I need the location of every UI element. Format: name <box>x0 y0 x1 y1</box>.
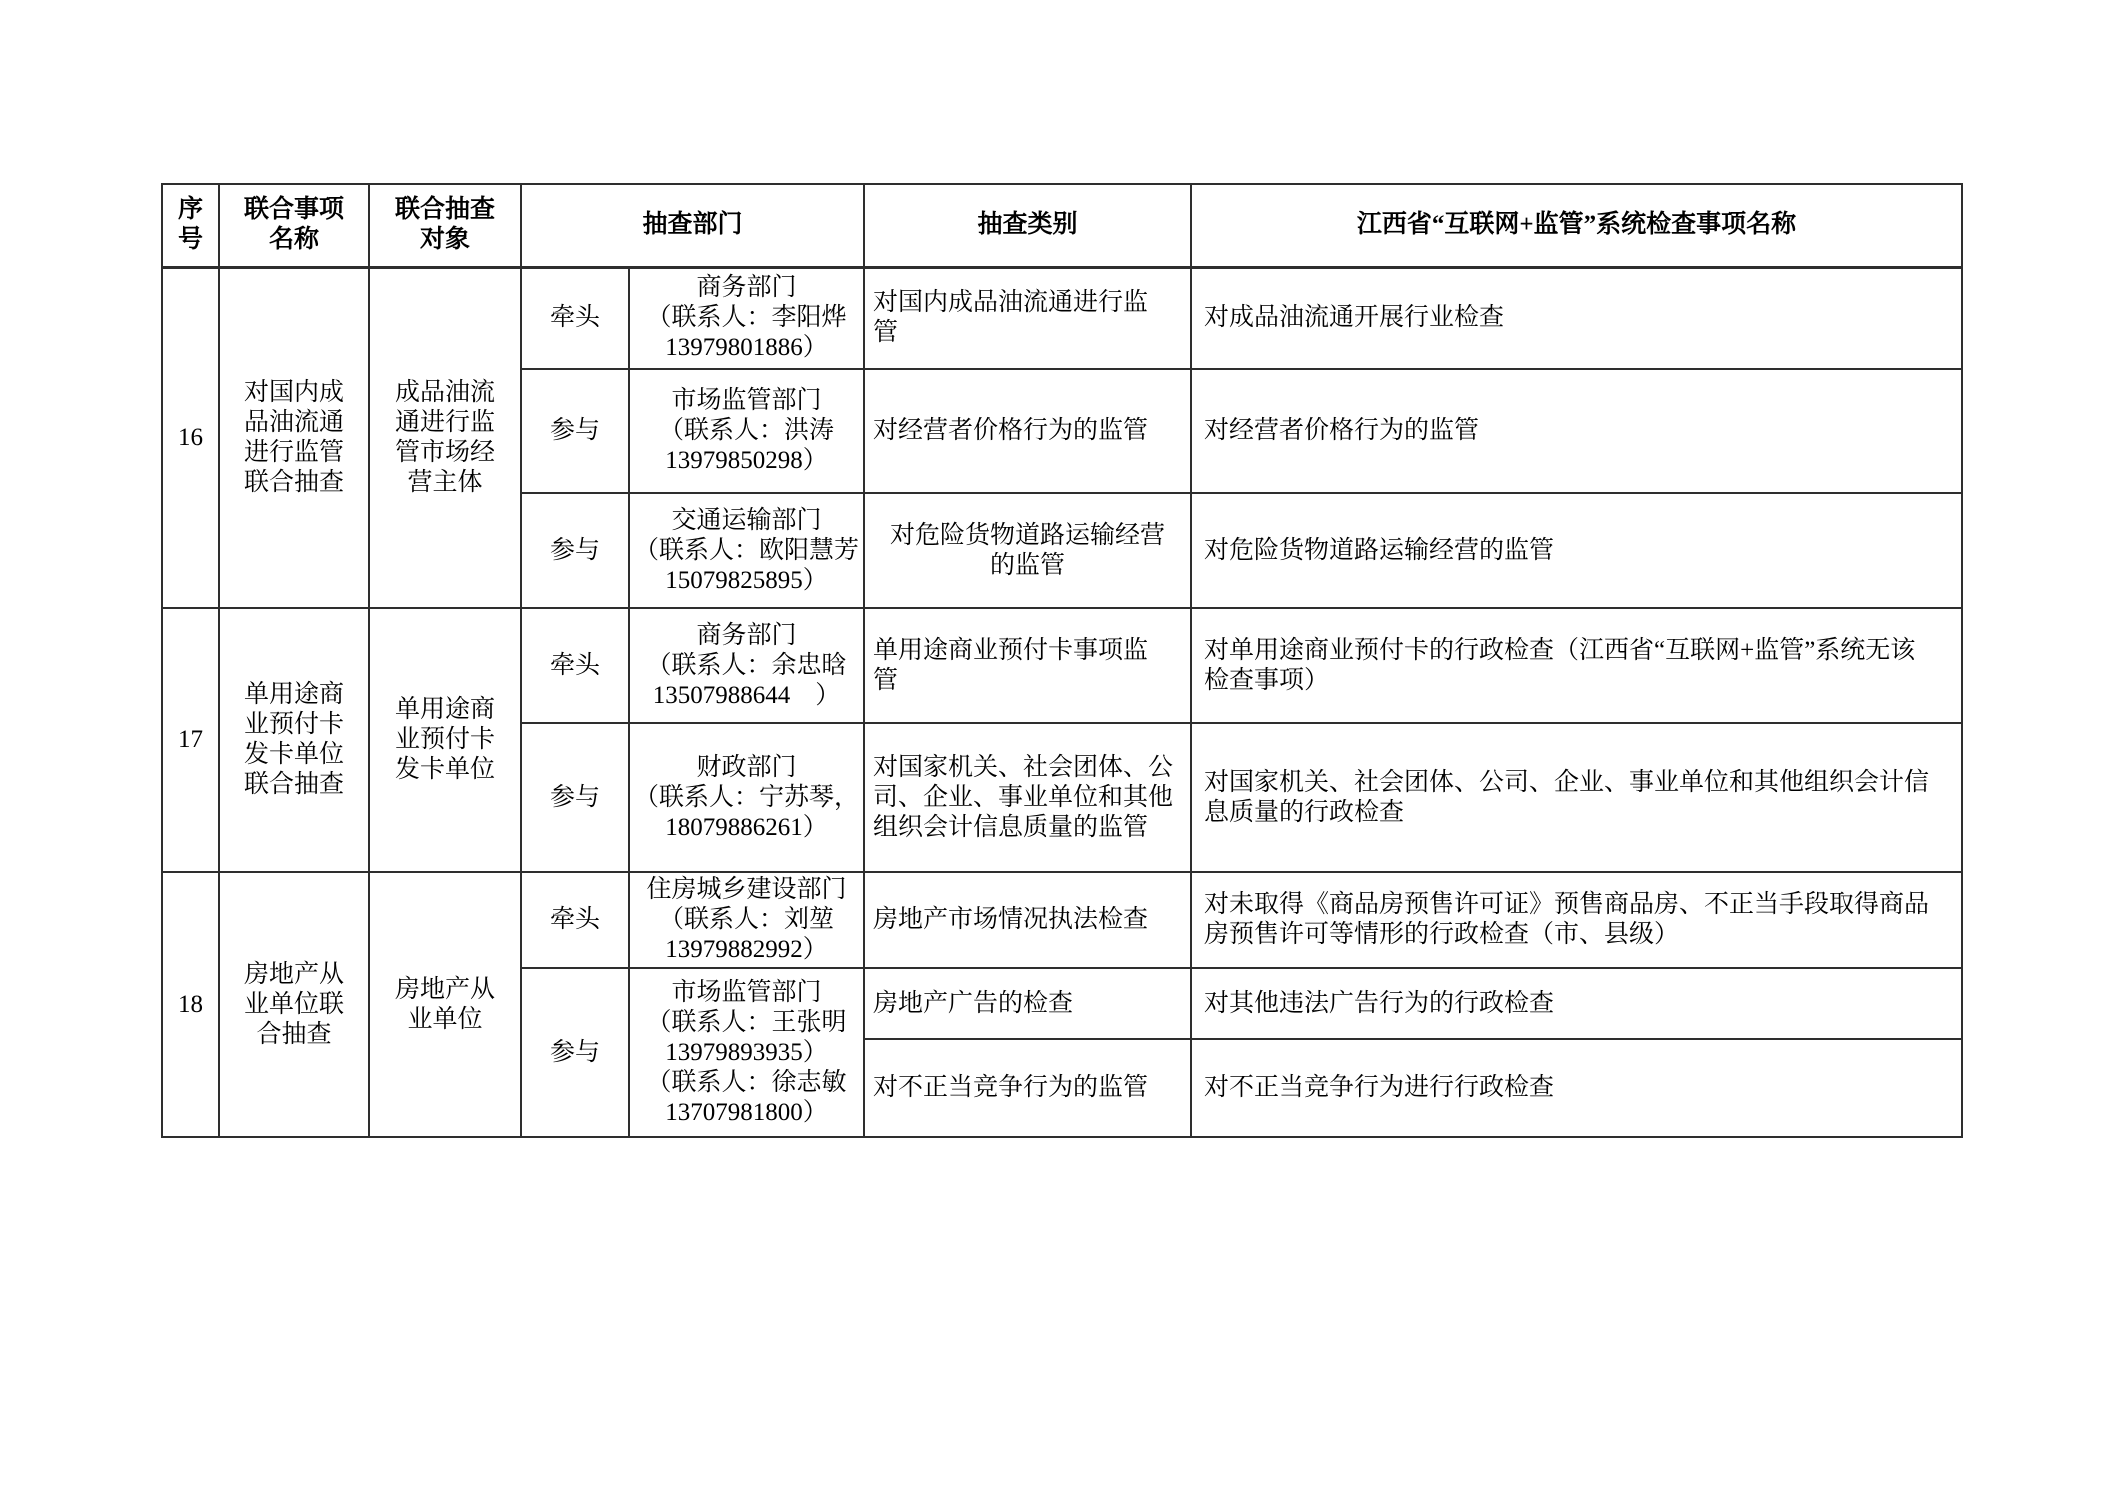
dept-17-1: 商务部门 （联系人：余忠晗 13507988644 ） <box>629 608 864 723</box>
serial-17: 17 <box>162 608 219 872</box>
table-row: 18 房地产从 业单位联 合抽查 房地产从 业单位 牵头 住房城乡建设部门 （联… <box>162 872 1962 968</box>
sys-item-16-3: 对危险货物道路运输经营的监管 <box>1191 493 1962 608</box>
dept-16-2: 市场监管部门 （联系人：洪涛 13979850298） <box>629 369 864 493</box>
serial-16: 16 <box>162 267 219 608</box>
category-18-3: 对不正当竞争行为的监管 <box>864 1039 1191 1137</box>
item-name-17: 单用途商 业预付卡 发卡单位 联合抽查 <box>219 608 369 872</box>
target-16: 成品油流 通进行监 管市场经 营主体 <box>369 267 521 608</box>
table-header-row: 序 号 联合事项 名称 联合抽查 对象 抽查部门 抽查类别 江西省“互联网+监管… <box>162 184 1962 267</box>
sys-item-17-2: 对国家机关、社会团体、公司、企业、事业单位和其他组织会计信 息质量的行政检查 <box>1191 723 1962 872</box>
sys-item-16-1: 对成品油流通开展行业检查 <box>1191 267 1962 369</box>
item-name-16: 对国内成 品油流通 进行监管 联合抽查 <box>219 267 369 608</box>
target-18: 房地产从 业单位 <box>369 872 521 1137</box>
col-header-dept: 抽查部门 <box>521 184 864 267</box>
category-16-2: 对经营者价格行为的监管 <box>864 369 1191 493</box>
role-16-2: 参与 <box>521 369 629 493</box>
col-header-serial: 序 号 <box>162 184 219 267</box>
document-page: 序 号 联合事项 名称 联合抽查 对象 抽查部门 抽查类别 江西省“互联网+监管… <box>0 0 2104 1488</box>
category-16-1: 对国内成品油流通进行监 管 <box>864 267 1191 369</box>
category-18-1: 房地产市场情况执法检查 <box>864 872 1191 968</box>
col-header-category: 抽查类别 <box>864 184 1191 267</box>
target-17: 单用途商 业预付卡 发卡单位 <box>369 608 521 872</box>
role-18-2: 参与 <box>521 968 629 1137</box>
sys-item-18-1: 对未取得《商品房预售许可证》预售商品房、不正当手段取得商品 房预售许可等情形的行… <box>1191 872 1962 968</box>
joint-inspection-table: 序 号 联合事项 名称 联合抽查 对象 抽查部门 抽查类别 江西省“互联网+监管… <box>161 183 1963 1138</box>
dept-18-2: 市场监管部门 （联系人：王张明 13979893935） （联系人：徐志敏 13… <box>629 968 864 1137</box>
table-row: 17 单用途商 业预付卡 发卡单位 联合抽查 单用途商 业预付卡 发卡单位 牵头… <box>162 608 1962 723</box>
sys-item-17-1: 对单用途商业预付卡的行政检查（江西省“互联网+监管”系统无该 检查事项） <box>1191 608 1962 723</box>
item-name-18: 房地产从 业单位联 合抽查 <box>219 872 369 1137</box>
category-17-2: 对国家机关、社会团体、公 司、企业、事业单位和其他 组织会计信息质量的监管 <box>864 723 1191 872</box>
category-17-1: 单用途商业预付卡事项监 管 <box>864 608 1191 723</box>
dept-17-2: 财政部门 （联系人：宁苏琴， 18079886261） <box>629 723 864 872</box>
role-17-1: 牵头 <box>521 608 629 723</box>
sys-item-18-3: 对不正当竞争行为进行行政检查 <box>1191 1039 1962 1137</box>
dept-18-1: 住房城乡建设部门 （联系人：刘堃 13979882992） <box>629 872 864 968</box>
col-header-sys-item: 江西省“互联网+监管”系统检查事项名称 <box>1191 184 1962 267</box>
category-16-3: 对危险货物道路运输经营 的监管 <box>864 493 1191 608</box>
role-18-1: 牵头 <box>521 872 629 968</box>
col-header-item-name: 联合事项 名称 <box>219 184 369 267</box>
sys-item-16-2: 对经营者价格行为的监管 <box>1191 369 1962 493</box>
dept-16-3: 交通运输部门 （联系人：欧阳慧芳 15079825895） <box>629 493 864 608</box>
serial-18: 18 <box>162 872 219 1137</box>
table-row: 16 对国内成 品油流通 进行监管 联合抽查 成品油流 通进行监 管市场经 营主… <box>162 267 1962 369</box>
dept-16-1: 商务部门 （联系人：李阳烨 13979801886） <box>629 267 864 369</box>
role-16-1: 牵头 <box>521 267 629 369</box>
col-header-target: 联合抽查 对象 <box>369 184 521 267</box>
sys-item-18-2: 对其他违法广告行为的行政检查 <box>1191 968 1962 1039</box>
role-16-3: 参与 <box>521 493 629 608</box>
role-17-2: 参与 <box>521 723 629 872</box>
category-18-2: 房地产广告的检查 <box>864 968 1191 1039</box>
